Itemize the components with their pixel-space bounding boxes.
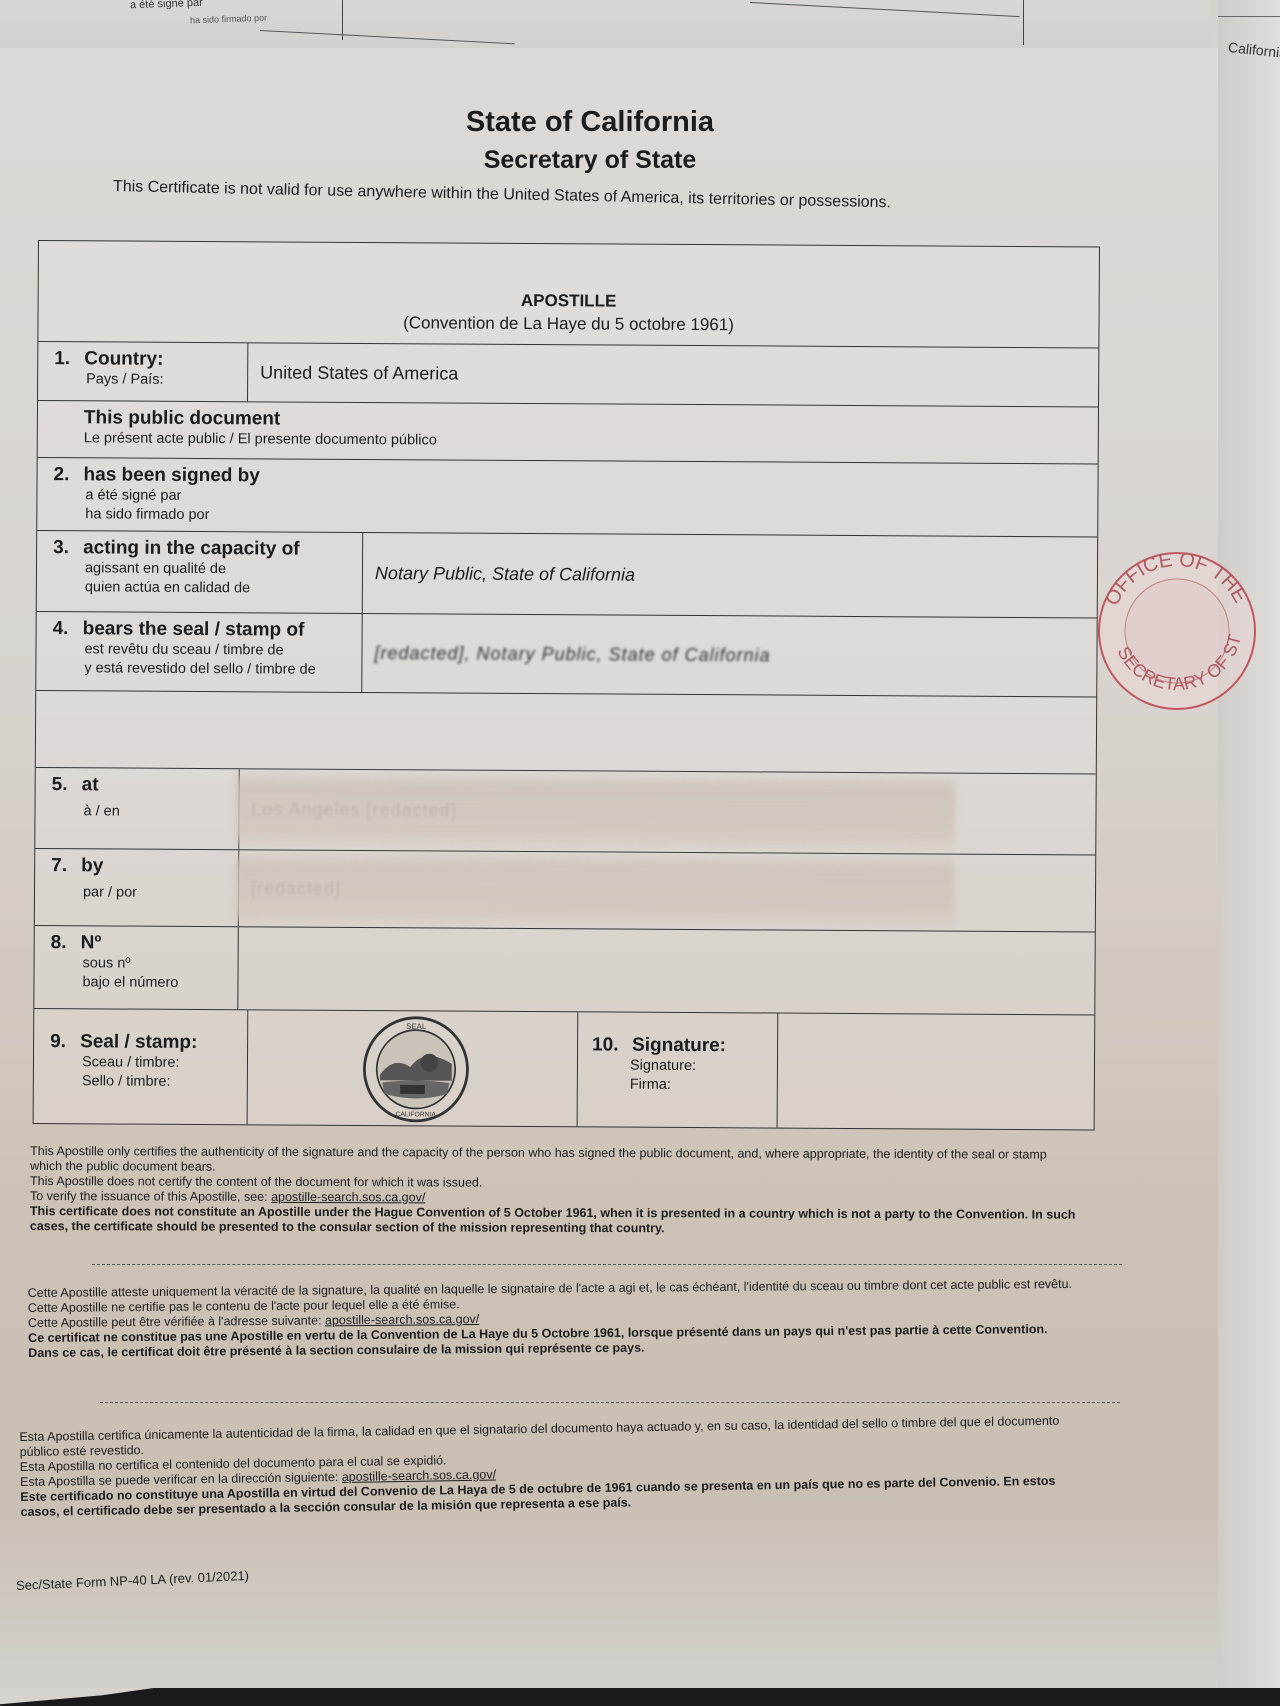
field-value-signed-by [357,460,1097,537]
footer-english: This Apostille only certifies the authen… [30,1144,1080,1238]
background-line [750,2,1020,17]
field-label: Country: [84,348,163,369]
background-line [1218,16,1280,17]
verify-link-fr[interactable]: apostille-search.sos.ca.gov/ [325,1312,479,1327]
field-label: bears the seal / stamp of [83,618,305,640]
svg-text:SEAL: SEAL [406,1022,427,1031]
form-heading: APOSTILLE (Convention de La Haye du 5 oc… [38,241,1099,347]
background-page-right: California [1218,0,1280,1706]
background-text-fragment: California [1227,39,1280,61]
secretary-of-state-embossed-seal-icon: OFFICE OF THE SECRETARY OF STATE [1092,546,1262,716]
field-label: Seal / stamp: [80,1031,197,1053]
field-public-document: This public document Le présent acte pub… [38,400,1098,463]
field-country: 1.Country: Pays / País: United States of… [38,341,1098,406]
field-label: by [81,855,103,876]
divider [100,1402,1120,1403]
field-value-country: United States of America [248,343,1098,406]
seal-cell: SEAL CALIFORNIA [248,1010,579,1126]
field-label: has been signed by [84,464,260,486]
background-line [260,30,515,44]
apostille-heading: APOSTILLE [521,291,617,312]
field-number: 8.Nº sous nº bajo el número [34,925,1094,1014]
footer-spanish: Esta Apostilla certifica únicamente la a… [19,1414,1070,1520]
validity-notice: This Certificate is not valid for use an… [113,178,1033,215]
apostille-document: State of California Secretary of State T… [0,48,1218,1688]
blank-section [36,690,1096,773]
signature-area [778,1014,1095,1130]
california-great-seal-icon: SEAL CALIFORNIA [359,1013,472,1126]
apostille-form: APOSTILLE (Convention de La Haye du 5 oc… [33,240,1100,1130]
verify-link-es[interactable]: apostille-search.sos.ca.gov/ [342,1468,496,1484]
field-by: 7.by par / por [redacted] [35,848,1095,931]
redaction-blur [235,850,955,930]
field-label: acting in the capacity of [83,537,300,559]
field-translation: Pays / País: [54,370,237,390]
background-line [1023,0,1024,45]
background-text-fragment: ha sido firmado por [190,13,267,26]
document-subtitle: Secretary of State [0,146,1180,175]
field-value-capacity: Notary Public, State of California [363,533,1097,617]
field-label: Signature: [632,1035,726,1057]
redaction-blur [235,769,955,853]
background-text-fragment: a été signé par [130,0,203,11]
field-signed-by: 2.has been signed by a été signé par ha … [37,457,1097,536]
field-label: at [82,774,99,795]
verify-link-en[interactable]: apostille-search.sos.ca.gov/ [271,1190,425,1205]
seal-signature-row: 9.Seal / stamp: Sceau / timbre: Sello / … [34,1008,1095,1129]
field-value-seal-of: [redacted], Notary Public, State of Cali… [362,614,1096,696]
document-title: State of California [0,106,1180,139]
form-number: Sec/State Form NP-40 LA (rev. 01/2021) [16,1568,250,1593]
field-capacity: 3.acting in the capacity of agissant en … [37,530,1097,617]
field-value-number [238,927,1094,1014]
divider [92,1264,1122,1265]
footer-french: Cette Apostille atteste uniquement la vé… [28,1277,1079,1361]
convention-subheading: (Convention de La Haye du 5 octobre 1961… [403,313,734,335]
field-at: 5.at à / en Los Angeles [redacted] [35,767,1095,854]
table-edge [0,1688,1280,1706]
field-seal-of: 4.bears the seal / stamp of est revêtu d… [36,611,1096,696]
svg-text:CALIFORNIA: CALIFORNIA [395,1111,436,1118]
field-label: Nº [81,932,102,953]
